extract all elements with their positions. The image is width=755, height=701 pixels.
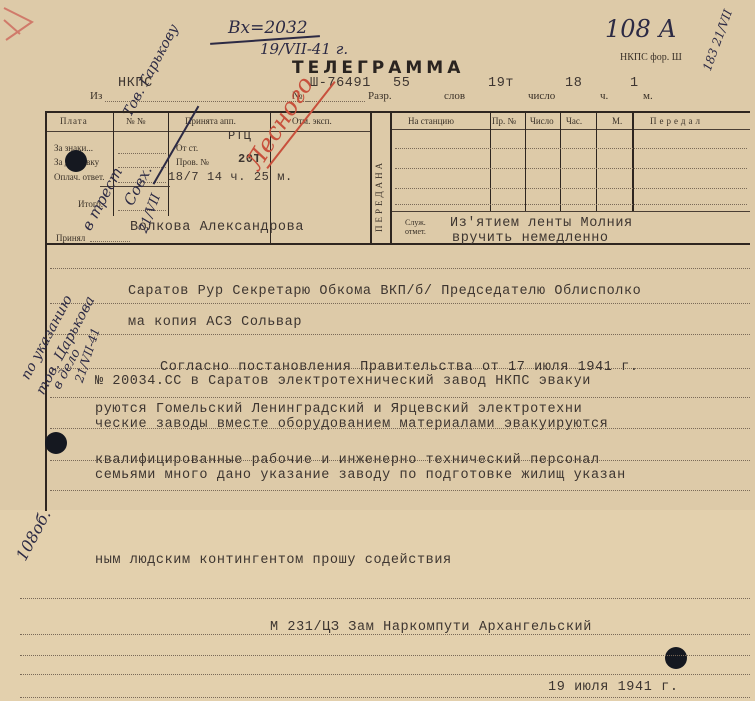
accepted-time: 18/7 14 ч. 25 м. (168, 170, 293, 184)
category-label: Разр. (368, 90, 392, 102)
header-hour: Час. (566, 116, 582, 126)
message-body-line-6: семьями много дано указание заводу по по… (95, 468, 626, 483)
telegram-sheet-lower (0, 510, 755, 701)
transmitted-side-label: ПЕРЕДАНА (374, 122, 384, 232)
red-corner-stamp-icon (0, 0, 40, 45)
header-to-station: На станцию (408, 116, 454, 126)
registration-date: 19/VII-41 г. (260, 40, 348, 58)
minute-label: м. (643, 90, 653, 102)
sender-signature: М 231/ЦЗ Зам Наркомпути Архангельский (270, 620, 592, 635)
message-body-line-5: квалифицированные рабочие и инженерно те… (95, 453, 600, 468)
service-marks-label: Служ. отмет. (405, 218, 435, 236)
message-address-line-2: ма копия АСЗ Сольвар (128, 315, 302, 330)
hour-value: 1 (630, 76, 639, 91)
binding-hole (65, 150, 87, 172)
message-body-line-4: ческие заводы вместе оборудованием матер… (95, 417, 608, 432)
binding-hole (665, 647, 687, 669)
from-label: Из (90, 90, 102, 102)
document-title: ТЕЛЕГРАММА (292, 58, 464, 78)
message-address-line-1: Саратов Рур Секретарю Обкома ВКП/б/ Пред… (128, 284, 641, 299)
service-note-line-2: вручить немедленно (452, 231, 609, 246)
from-station-value: РТЦ (228, 129, 251, 143)
telegram-number: Ш-76491 (310, 76, 371, 91)
date-label: число (528, 90, 555, 102)
from-value: НКПС (118, 76, 153, 91)
binding-hole (45, 432, 67, 454)
header-transmitted-by: Передал (650, 116, 703, 126)
from-station-label: От ст. (176, 143, 198, 153)
header-minute: М. (612, 116, 622, 126)
form-code: НКПС фор. Ш (620, 52, 682, 63)
service-note-line-1: Из'ятием ленты Молния (450, 216, 633, 231)
row-paid-reply: Оплач. ответ. (54, 172, 104, 182)
hour-label: ч. (600, 90, 608, 102)
message-date: 19 июля 1941 г. (548, 680, 679, 695)
header-accepted: Принята апп. (185, 116, 236, 126)
received-by-value: Волкова Александрова (130, 220, 304, 235)
header-acc-number: Пр. № (492, 116, 516, 126)
words-value: 19т (488, 76, 514, 91)
words-label: слов (444, 90, 465, 102)
left-margin-rule (45, 111, 47, 511)
message-body-line-3: руются Гомельский Ленинградский и Ярцевс… (95, 402, 582, 417)
message-body-line-1: Согласно постановления Правительства от … (160, 360, 639, 375)
header-payment: Плата (60, 116, 88, 126)
check-number-label: Пров. № (176, 157, 209, 167)
header-numbers: № № (126, 116, 145, 126)
category-value: 55 (393, 76, 410, 91)
table-bottom-rule (45, 243, 750, 245)
received-by-label: Принял (56, 233, 85, 243)
archive-page-number: 108 А (605, 15, 677, 43)
message-body-line-2: № 20034.СС в Саратов электротехнический … (95, 374, 591, 389)
table-top-rule (45, 111, 750, 113)
message-body-line-7: ным людским контингентом прошу содействи… (95, 553, 452, 568)
header-day: Число (530, 116, 554, 126)
registration-number: Вх=2032 (228, 18, 308, 38)
date-value: 18 (565, 76, 582, 91)
